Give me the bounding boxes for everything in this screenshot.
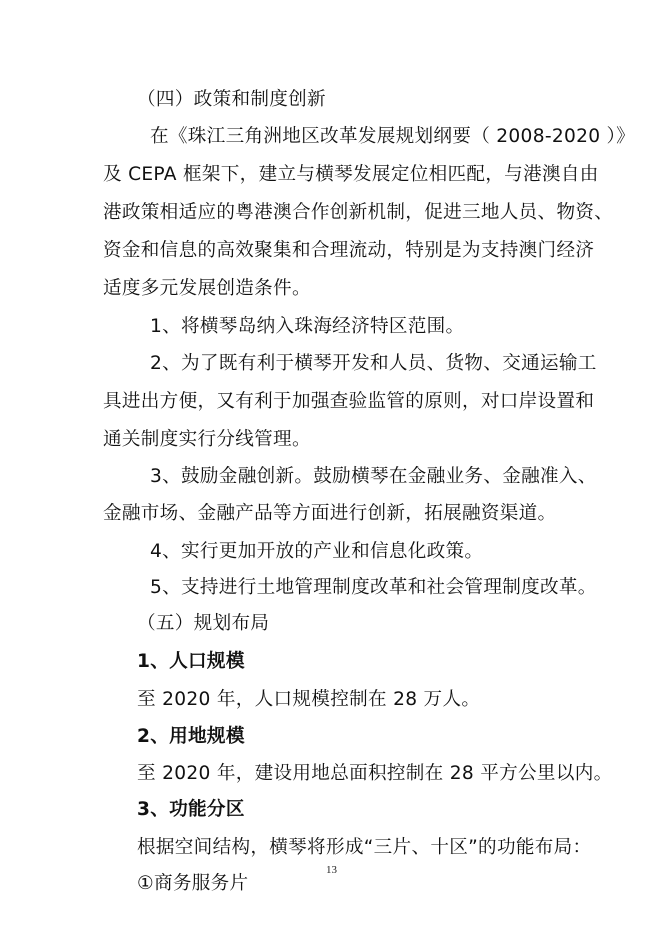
paragraph-line: 至 2020 年，建设用地总面积控制在 28 平方公里以内。	[137, 762, 613, 786]
section-heading-planning-layout: （五）规划布局	[137, 612, 269, 636]
paragraph-line: 金融市场、金融产品等方面进行创新，拓展融资渠道。	[103, 502, 556, 526]
subheading-population: 1、人口规模	[137, 650, 245, 674]
subheading-land-use: 2、用地规模	[137, 725, 245, 749]
subheading-functional-zones: 3、功能分区	[137, 798, 245, 822]
paragraph-line: 在《珠江三角洲地区改革发展规划纲要（ 2008-2020 ）》	[150, 125, 635, 149]
list-item-2: 2、为了既有利于横琴开发和人员、货物、交通运输工	[150, 352, 597, 376]
list-item-business-service: ①商务服务片	[137, 872, 248, 896]
paragraph-line: 至 2020 年，人口规模控制在 28 万人。	[137, 688, 480, 712]
section-heading-policy-innovation: （四）政策和制度创新	[137, 88, 326, 112]
list-item-3: 3、鼓励金融创新。鼓励横琴在金融业务、金融准入、	[150, 465, 597, 489]
list-item-1: 1、将横琴岛纳入珠海经济特区范围。	[150, 315, 464, 339]
list-item-5: 5、支持进行土地管理制度改革和社会管理制度改革。	[150, 576, 597, 600]
list-item-4: 4、实行更加开放的产业和信息化政策。	[150, 540, 483, 564]
paragraph-line: 适度多元发展创造条件。	[103, 277, 311, 301]
paragraph-line: 港政策相适应的粤港澳合作创新机制，促进三地人员、物资、	[103, 201, 613, 225]
paragraph-line: 通关制度实行分线管理。	[103, 428, 311, 452]
paragraph-line: 资金和信息的高效聚集和合理流动，特别是为支持澳门经济	[103, 239, 594, 263]
paragraph-line: 具进出方便，又有利于加强查验监管的原则，对口岸设置和	[103, 390, 594, 414]
paragraph-line: 根据空间结构，横琴将形成“三片、十区”的功能布局：	[137, 836, 591, 860]
paragraph-line: 及 CEPA 框架下，建立与横琴发展定位相匹配，与港澳自由	[103, 163, 599, 187]
page-number: 13	[326, 864, 337, 876]
